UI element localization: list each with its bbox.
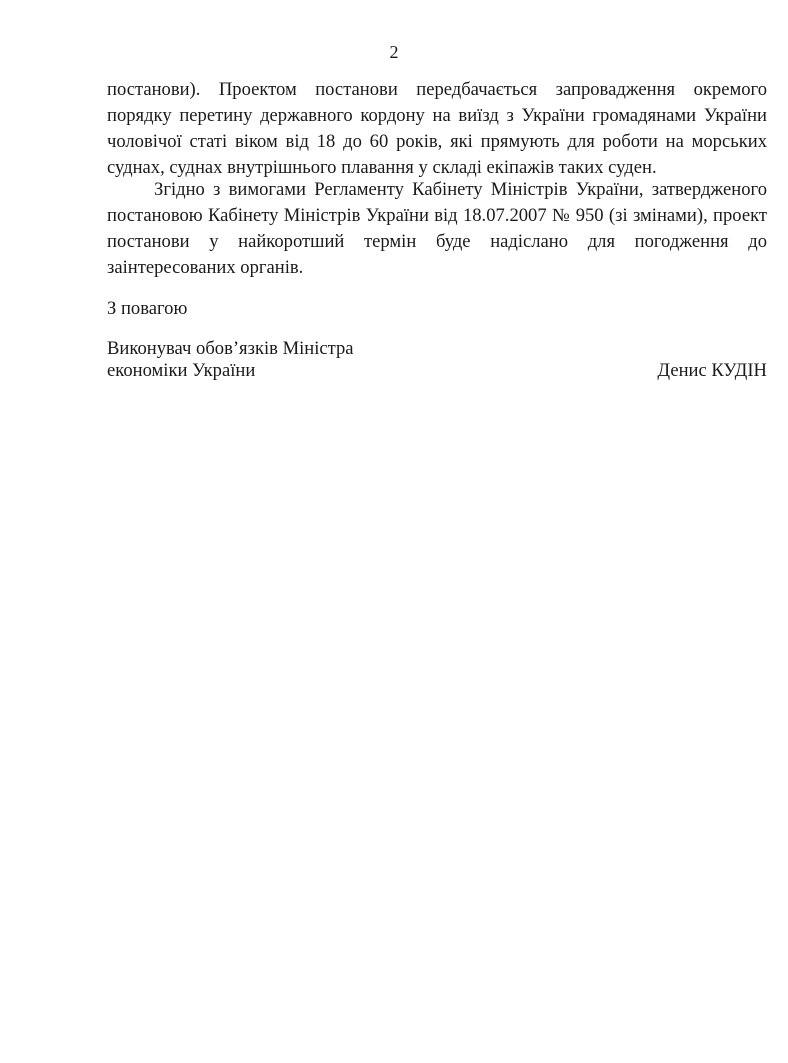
signatory-position-line1: Виконувач обов’язків Міністра — [107, 338, 767, 360]
document-page: 2 постанови). Проектом постанови передба… — [0, 0, 788, 1063]
paragraph-text: постанови). Проектом постанови передбача… — [107, 77, 767, 181]
signature-row: економіки України Денис КУДІН — [107, 360, 767, 382]
signatory-position-line2: економіки України — [107, 360, 255, 382]
paragraph-continuation: постанови). Проектом постанови передбача… — [107, 77, 767, 181]
signature-block: Виконувач обов’язків Міністра економіки … — [107, 338, 767, 382]
page-number: 2 — [0, 40, 788, 64]
closing-greeting: З повагою — [107, 296, 187, 322]
signatory-name: Денис КУДІН — [657, 360, 767, 382]
paragraph-regulation: Згідно з вимогами Регламенту Кабінету Мі… — [107, 177, 767, 281]
paragraph-text: Згідно з вимогами Регламенту Кабінету Мі… — [107, 177, 767, 281]
